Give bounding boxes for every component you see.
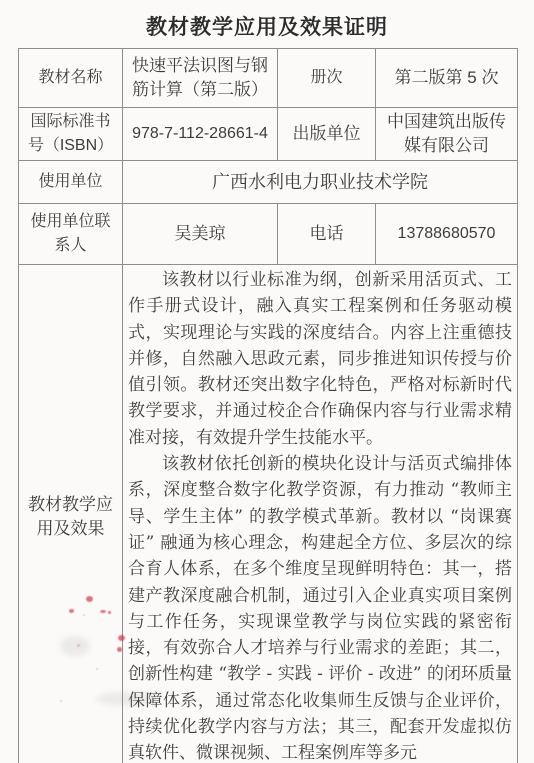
table-row-effect: 教材教学应用及效果 该教材以行业标准为纲，创新采用活页式、工作手册式设计，融入真… — [19, 265, 518, 763]
effect-paragraph-1: 该教材以行业标准为纲，创新采用活页式、工作手册式设计，融入真实工程案例和任务驱动… — [128, 267, 512, 451]
table-row-isbn: 国际标准书号（ISBN） 978-7-112-28661-4 出版单位 中国建筑… — [19, 108, 518, 161]
table-row-material: 教材名称 快速平法识图与钢筋计算（第二版） 册次 第二版第 5 次 — [19, 49, 518, 108]
table-row-user-unit: 使用单位 广西水利电力职业技术学院 — [19, 161, 518, 204]
publisher-value: 中国建筑出版传媒有限公司 — [376, 108, 518, 161]
table-row-contact: 使用单位联系人 吴美琼 电话 13788680570 — [19, 204, 518, 265]
user-unit-label: 使用单位 — [19, 161, 123, 204]
user-unit-value: 广西水利电力职业技术学院 — [123, 161, 518, 204]
publisher-label: 出版单位 — [278, 108, 376, 161]
volume-label: 册次 — [278, 49, 376, 108]
phone-label: 电话 — [278, 204, 376, 265]
certificate-table: 教材名称 快速平法识图与钢筋计算（第二版） 册次 第二版第 5 次 国际标准书号… — [18, 48, 518, 763]
effect-paragraph-2: 该教材依托创新的模块化设计与活页式编排体系，深度整合数字化教学资源，有力推动 “… — [128, 451, 512, 763]
isbn-value: 978-7-112-28661-4 — [123, 108, 278, 161]
contact-value: 吴美琼 — [123, 204, 278, 265]
phone-value: 13788680570 — [376, 204, 518, 265]
scanned-document-page: 教材教学应用及效果证明 教材名称 快速平法识图与钢筋计算（第二版） 册次 第二版… — [0, 0, 534, 763]
page-title: 教材教学应用及效果证明 — [0, 11, 534, 41]
contact-label: 使用单位联系人 — [19, 204, 123, 265]
effect-description-cell: 该教材以行业标准为纲，创新采用活页式、工作手册式设计，融入真实工程案例和任务驱动… — [123, 265, 518, 763]
material-name-label: 教材名称 — [19, 49, 123, 108]
material-name-value: 快速平法识图与钢筋计算（第二版） — [123, 49, 278, 108]
volume-value: 第二版第 5 次 — [376, 49, 518, 108]
isbn-label: 国际标准书号（ISBN） — [19, 108, 123, 161]
effect-label: 教材教学应用及效果 — [19, 265, 123, 763]
